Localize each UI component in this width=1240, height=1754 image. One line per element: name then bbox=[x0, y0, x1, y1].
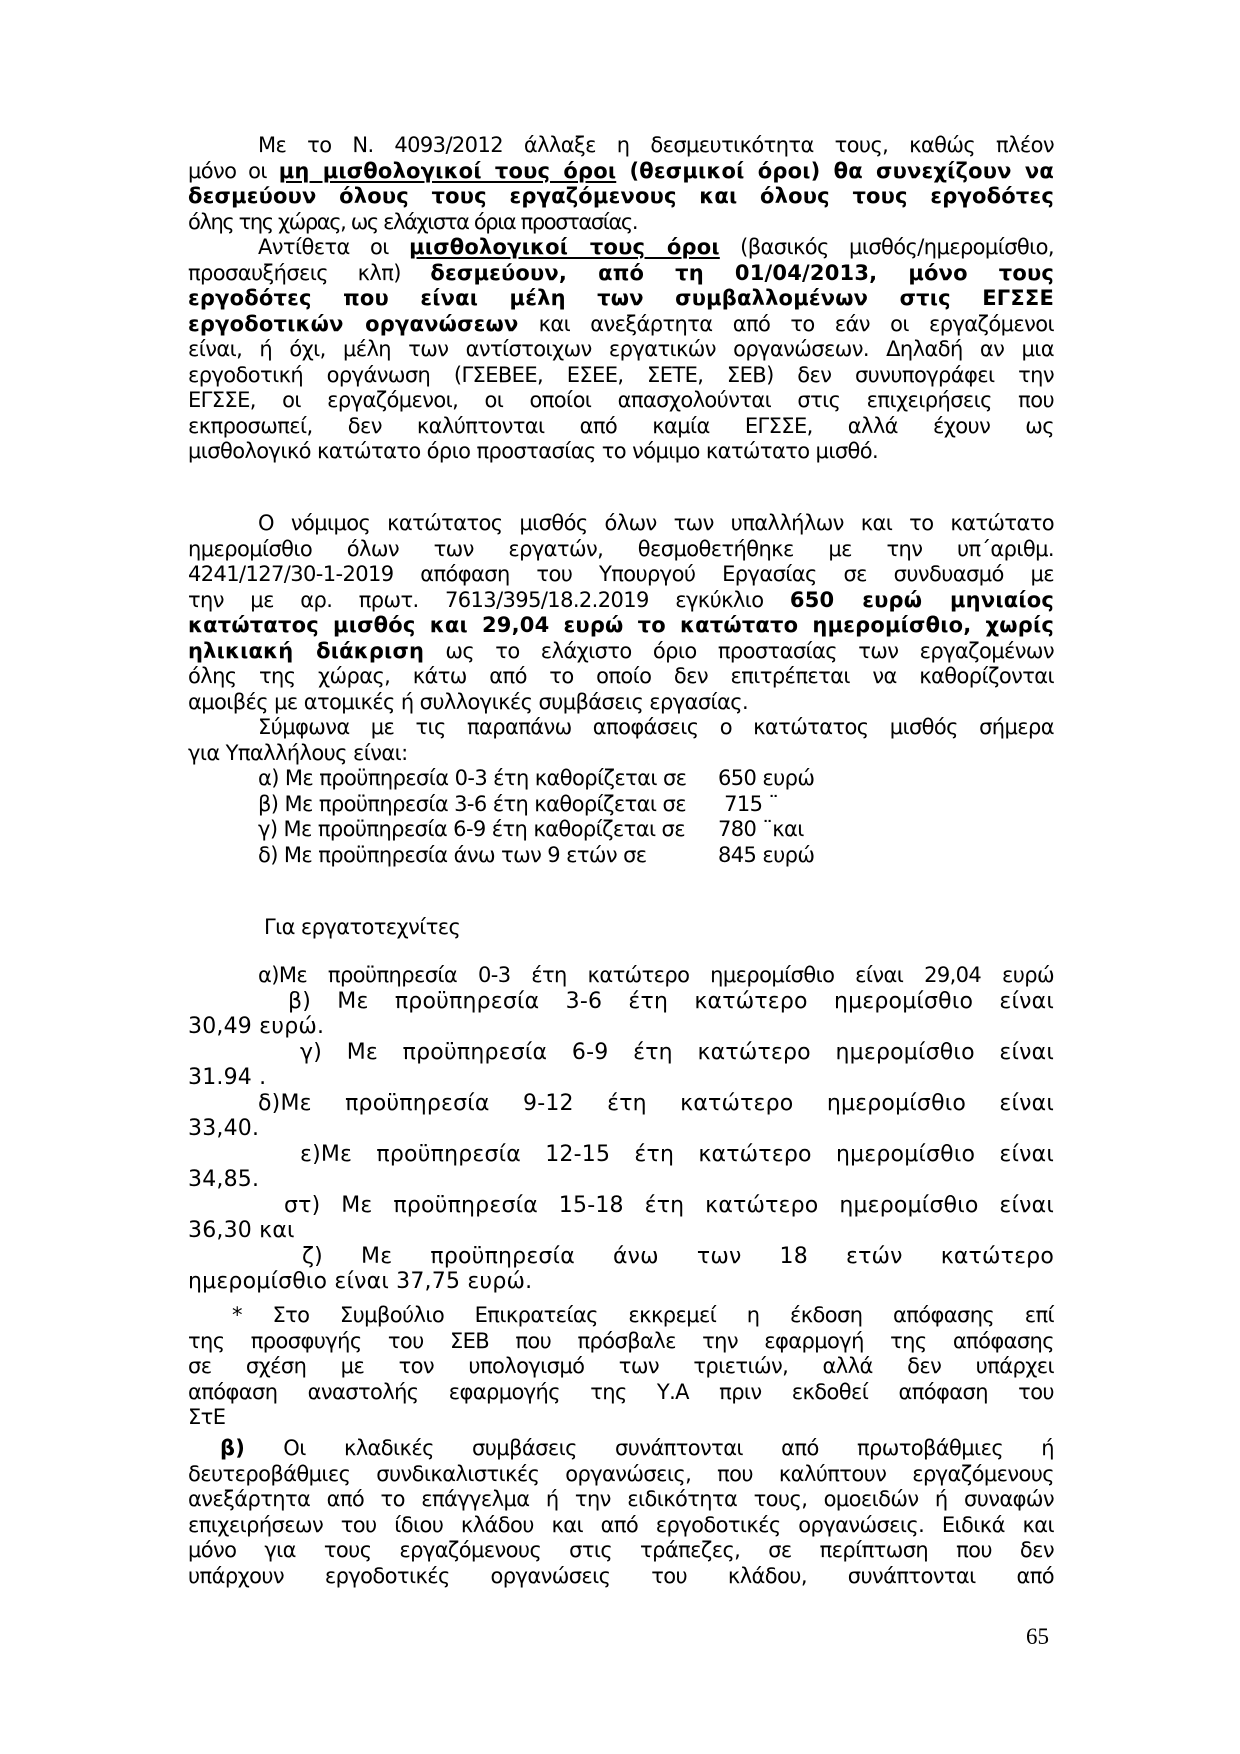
list-item: γ) Με προϋπηρεσία 6-9 έτη κατώτερο ημερο… bbox=[188, 1040, 1054, 1066]
text-line: ηλικιακή διάκριση ως το ελάχιστο όριο πρ… bbox=[188, 639, 1054, 665]
list-item-amount: 650 ευρώ bbox=[718, 766, 814, 790]
text-line: εργοδοτικών οργανώσεων και ανεξάρτητα απ… bbox=[188, 312, 1054, 338]
text-line: εκπροσωπεί, δεν καλύπτονται από καμία ΕΓ… bbox=[188, 414, 1054, 440]
note-line: απόφαση αναστολής εφαρμογής της Υ.Α πριν… bbox=[188, 1380, 1054, 1406]
text-line: αμοιβές με ατομικές ή συλλογικές συμβάσε… bbox=[188, 690, 1054, 716]
text-line: προσαυξήσεις κλπ) δεσμεύουν, από τη 01/0… bbox=[188, 261, 1054, 287]
text-span: Αντίθετα οι bbox=[258, 235, 409, 259]
text-span: προσαυξήσεις κλπ) bbox=[188, 261, 430, 285]
page-number: 65 bbox=[1026, 1624, 1049, 1650]
text-line: Με το Ν. 4093/2012 άλλαξε η δεσμευτικότη… bbox=[188, 133, 1054, 159]
list-item: δ)Με προϋπηρεσία 9-12 έτη κατώτερο ημερο… bbox=[188, 1091, 1054, 1117]
list-item: ζ) Με προϋπηρεσία άνω των 18 ετών κατώτε… bbox=[188, 1244, 1054, 1270]
list-item-continued: 33,40. bbox=[188, 1116, 1054, 1142]
list-item-label: β) Με προϋπηρεσία 3-6 έτη καθορίζεται σε bbox=[258, 792, 718, 818]
list-item-continued: 36,30 και bbox=[188, 1218, 1054, 1244]
note-line: ΣτΕ bbox=[188, 1405, 1054, 1431]
list-item-amount: 845 ευρώ bbox=[718, 843, 814, 867]
list-item-label: δ) Με προϋπηρεσία άνω των 9 ετών σε bbox=[258, 843, 718, 869]
bold-text: (θεσμικοί όροι) θα συνεχίζουν να bbox=[616, 159, 1054, 183]
list-item: α)Με προϋπηρεσία 0-3 έτη κατώτερο ημερομ… bbox=[188, 963, 1054, 989]
bold-line: εργοδότες που είναι μέλη των συμβαλλομέν… bbox=[188, 286, 1054, 312]
bold-text: 650 ευρώ μηνιαίος bbox=[790, 588, 1054, 612]
text-line: είναι, ή όχι, μέλη των αντίστοιχων εργατ… bbox=[188, 337, 1054, 363]
text-line: για Υπαλλήλους είναι: bbox=[188, 741, 1054, 767]
list-item-continued: ημερομίσθιο είναι 37,75 ευρώ. bbox=[188, 1269, 1054, 1295]
note-line: της προσφυγής του ΣΕΒ που πρόσβαλε την ε… bbox=[188, 1329, 1054, 1355]
text-line: μόνο οι μη μισθολογικοί τους όροι (θεσμι… bbox=[188, 159, 1054, 185]
text-line: Αντίθετα οι μισθολογικοί τους όροι (βασι… bbox=[188, 235, 1054, 261]
text-line: ανεξάρτητα από το επάγγελμα ή την ειδικό… bbox=[188, 1487, 1054, 1513]
text-span: και ανεξάρτητα από το εάν οι εργαζόμενοι bbox=[519, 312, 1055, 336]
list-item: δ) Με προϋπηρεσία άνω των 9 ετών σε845 ε… bbox=[188, 843, 1054, 869]
text-line: όλης της χώρας, ως ελάχιστα όρια προστασ… bbox=[188, 210, 1054, 236]
text-line: επιχειρήσεων του ίδιου κλάδου και από ερ… bbox=[188, 1513, 1054, 1539]
text-span: την με αρ. πρωτ. 7613/395/18.2.2019 εγκύ… bbox=[188, 588, 790, 612]
list-item-amount: 780 ¨και bbox=[718, 817, 804, 841]
document-page: Με το Ν. 4093/2012 άλλαξε η δεσμευτικότη… bbox=[0, 0, 1240, 1754]
bold-text: εργοδοτικών οργανώσεων bbox=[188, 312, 519, 336]
list-item: ε)Με προϋπηρεσία 12-15 έτη κατώτερο ημερ… bbox=[188, 1142, 1054, 1168]
text-line: εργοδοτική οργάνωση (ΓΣΕΒΕΕ, ΕΣΕΕ, ΣΕΤΕ,… bbox=[188, 363, 1054, 389]
list-item: β) Με προϋπηρεσία 3-6 έτη καθορίζεται σε… bbox=[188, 792, 1054, 818]
employees-salary-list: α) Με προϋπηρεσία 0-3 έτη καθορίζεται σε… bbox=[188, 766, 1054, 868]
text-span: Οι κλαδικές συμβάσεις συνάπτονται από πρ… bbox=[245, 1436, 1054, 1460]
list-item: β) Με προϋπηρεσία 3-6 έτη κατώτερο ημερο… bbox=[188, 989, 1054, 1015]
text-span: μόνο οι bbox=[188, 159, 279, 183]
text-line: ημερομίσθιο όλων των εργατών, θεσμοθετήθ… bbox=[188, 537, 1054, 563]
text-line: ΕΓΣΣΕ, οι εργαζόμενοι, οι οποίοι απασχολ… bbox=[188, 388, 1054, 414]
paragraph-salary-terms: Αντίθετα οι μισθολογικοί τους όροι (βασι… bbox=[188, 235, 1054, 465]
text-line: όλης της χώρας, κάτω από το οποίο δεν επ… bbox=[188, 664, 1054, 690]
text-line: β) Οι κλαδικές συμβάσεις συνάπτονται από… bbox=[188, 1436, 1054, 1462]
text-line: Ο νόμιμος κατώτατος μισθός όλων των υπαλ… bbox=[188, 511, 1054, 537]
paragraph-minimum-wage: Ο νόμιμος κατώτατος μισθός όλων των υπαλ… bbox=[188, 511, 1054, 766]
list-item-amount: 715 ¨ bbox=[718, 792, 778, 816]
bold-text: δεσμεύουν, από τη 01/04/2013, μόνο τους bbox=[430, 261, 1054, 285]
note-line: σε σχέση με τον υπολογισμό των τριετιών,… bbox=[188, 1354, 1054, 1380]
bold-text: ηλικιακή διάκριση bbox=[188, 639, 424, 663]
list-item-continued: 30,49 ευρώ. bbox=[188, 1014, 1054, 1040]
text-line: υπάρχουν εργοδοτικές οργανώσεις του κλάδ… bbox=[188, 1564, 1054, 1590]
text-span: (βασικός μισθός/ημερομίσθιο, bbox=[720, 235, 1054, 259]
workers-section: Για εργατοτεχνίτες bbox=[188, 915, 1054, 941]
underlined-term: μη μισθολογικοί τους όροι bbox=[279, 159, 617, 183]
note-line: * Στο Συμβούλιο Επικρατείας εκκρεμεί η έ… bbox=[188, 1303, 1054, 1329]
text-line: μισθολογικό κατώτατο όριο προστασίας το … bbox=[188, 439, 1054, 465]
workers-wage-list: α)Με προϋπηρεσία 0-3 έτη κατώτερο ημερομ… bbox=[188, 963, 1054, 1295]
underlined-term: μισθολογικοί τους όροι bbox=[409, 235, 720, 259]
list-item-label: γ) Με προϋπηρεσία 6-9 έτη καθορίζεται σε bbox=[258, 817, 718, 843]
text-line: Σύμφωνα με τις παραπάνω αποφάσεις ο κατώ… bbox=[188, 715, 1054, 741]
paragraph-sectoral-agreements: β) Οι κλαδικές συμβάσεις συνάπτονται από… bbox=[188, 1436, 1054, 1589]
list-item-continued: 34,85. bbox=[188, 1167, 1054, 1193]
section-heading: Για εργατοτεχνίτες bbox=[188, 915, 1054, 941]
bold-line: κατώτατος μισθός και 29,04 ευρώ το κατώτ… bbox=[188, 613, 1054, 639]
text-span: ως το ελάχιστο όριο προστασίας των εργαζ… bbox=[424, 639, 1054, 663]
list-item: γ) Με προϋπηρεσία 6-9 έτη καθορίζεται σε… bbox=[188, 817, 1054, 843]
list-item-continued: 31.94 . bbox=[188, 1065, 1054, 1091]
section-marker: β) bbox=[220, 1436, 245, 1460]
paragraph-binding-terms: Με το Ν. 4093/2012 άλλαξε η δεσμευτικότη… bbox=[188, 133, 1054, 235]
text-line: δευτεροβάθμιες συνδικαλιστικές οργανώσει… bbox=[188, 1462, 1054, 1488]
list-item: α) Με προϋπηρεσία 0-3 έτη καθορίζεται σε… bbox=[188, 766, 1054, 792]
text-line: μόνο για τους εργαζόμενους στις τράπεζες… bbox=[188, 1538, 1054, 1564]
note-council-of-state: * Στο Συμβούλιο Επικρατείας εκκρεμεί η έ… bbox=[188, 1303, 1054, 1431]
text-line: 4241/127/30-1-2019 απόφαση του Υπουργού … bbox=[188, 562, 1054, 588]
list-item-label: α) Με προϋπηρεσία 0-3 έτη καθορίζεται σε bbox=[258, 766, 718, 792]
list-item: στ) Με προϋπηρεσία 15-18 έτη κατώτερο ημ… bbox=[188, 1193, 1054, 1219]
text-line: την με αρ. πρωτ. 7613/395/18.2.2019 εγκύ… bbox=[188, 588, 1054, 614]
bold-line: δεσμεύουν όλους τους εργαζόμενους και όλ… bbox=[188, 184, 1054, 210]
